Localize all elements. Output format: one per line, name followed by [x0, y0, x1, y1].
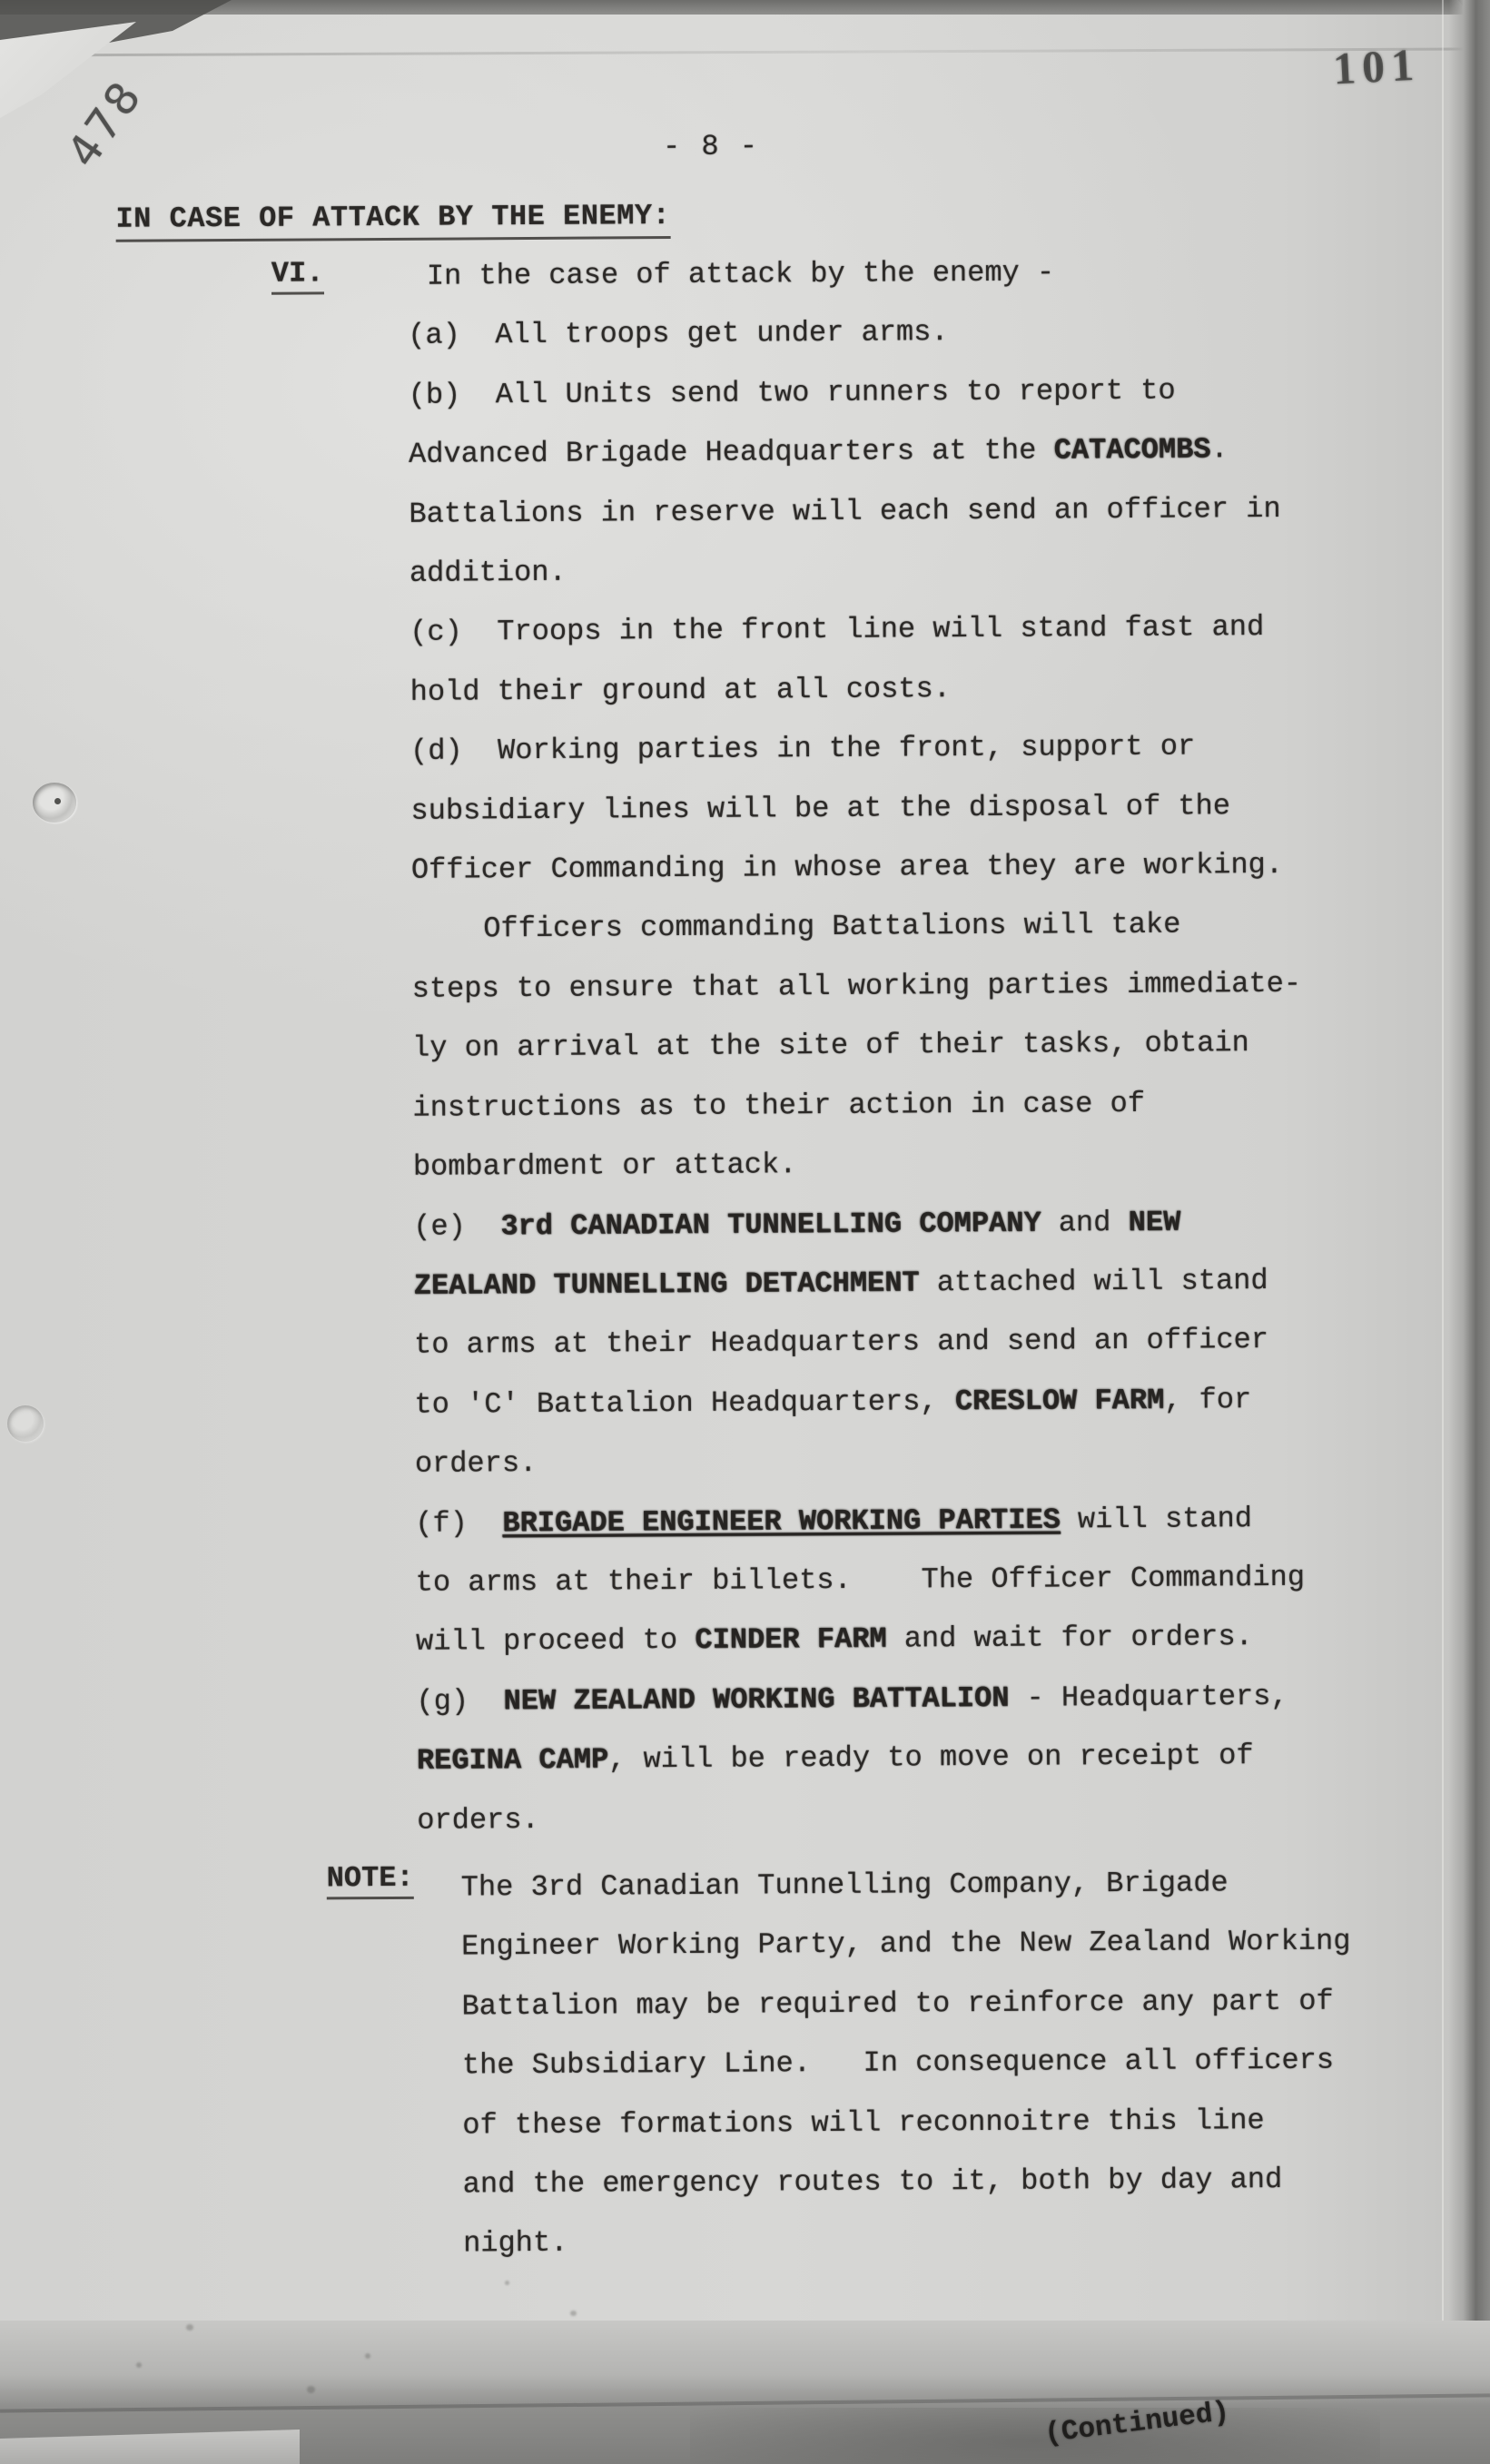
typed-line: to arms at their billets. The Officer Co…: [415, 1548, 1332, 1613]
typed-text: and: [1041, 1205, 1128, 1239]
place-name: CINDER FARM: [695, 1622, 886, 1657]
typed-line: of these formations will reconnoitre thi…: [462, 2090, 1370, 2155]
typed-line: ZEALAND TUNNELLING DETACHMENT attached w…: [413, 1251, 1330, 1316]
typed-text: will proceed to: [416, 1623, 695, 1659]
typed-line: Battalion may be required to reinforce a…: [461, 1971, 1369, 2036]
typed-text: (g): [416, 1684, 503, 1719]
typed-line: hold their ground at all costs.: [410, 656, 1327, 722]
typed-line: The 3rd Canadian Tunnelling Company, Bri…: [461, 1852, 1369, 1917]
typed-text: attached will stand: [919, 1264, 1268, 1299]
typed-line: Officers commanding Battalions will take: [483, 894, 1328, 959]
typed-text: to 'C' Battalion Headquarters,: [414, 1385, 955, 1422]
place-name: CATACOMBS: [1053, 433, 1210, 468]
typed-text: - Headquarters,: [1009, 1680, 1288, 1715]
unit-name: BRIGADE ENGINEER WORKING PARTIES: [502, 1503, 1061, 1540]
note-label: NOTE:: [327, 1862, 414, 1900]
typed-line: to arms at their Headquarters and send a…: [414, 1310, 1331, 1375]
typed-line: will proceed to CINDER FARM and wait for…: [416, 1607, 1333, 1672]
typed-text: (f): [415, 1506, 502, 1541]
typed-line: the Subsidiary Line. In consequence all …: [462, 2031, 1370, 2096]
typed-text: Advanced Brigade Headquarters at the: [409, 434, 1054, 471]
place-name: REGINA CAMP: [417, 1743, 608, 1778]
page-number: - 8 -: [663, 130, 759, 163]
typed-line: Battalions in reserve will each send an …: [409, 478, 1326, 544]
unit-name: ZEALAND TUNNELLING DETACHMENT: [414, 1266, 920, 1302]
place-name: CRESLOW FARM: [955, 1383, 1165, 1417]
typed-line: REGINA CAMP, will be ready to move on re…: [417, 1726, 1334, 1791]
scanned-document: 478 101 - 8 - IN CASE OF ATTACK BY THE E…: [0, 0, 1490, 2464]
typed-line: subsidiary lines will be at the disposal…: [410, 775, 1327, 841]
typed-line: Officer Commanding in whose area they ar…: [411, 835, 1328, 901]
typed-line: (c) Troops in the front line will stand …: [410, 597, 1327, 663]
typed-line: orders.: [415, 1429, 1332, 1494]
typed-line: and the emergency routes to it, both by …: [463, 2149, 1371, 2214]
unit-name: 3rd CANADIAN TUNNELLING COMPANY: [500, 1206, 1041, 1243]
typed-line: In the case of attack by the enemy -: [427, 241, 1325, 306]
typed-text: and wait for orders.: [886, 1621, 1252, 1656]
typed-text: .: [1210, 433, 1228, 467]
order-body: In the case of attack by the enemy - (a)…: [408, 241, 1335, 1850]
section-heading: IN CASE OF ATTACK BY THE ENEMY:: [115, 200, 670, 242]
typed-line: (b) All Units send two runners to report…: [409, 360, 1326, 425]
typed-line: night.: [463, 2209, 1371, 2274]
typed-line: to 'C' Battalion Headquarters, CRESLOW F…: [414, 1369, 1331, 1434]
typed-line: (e) 3rd CANADIAN TUNNELLING COMPANY and …: [413, 1191, 1330, 1257]
typed-line: Advanced Brigade Headquarters at the CAT…: [409, 419, 1326, 485]
typed-text: , will be ready to move on receipt of: [608, 1739, 1254, 1776]
typed-line: (a) All troops get under arms.: [408, 301, 1325, 366]
typed-line: (d) Working parties in the front, suppor…: [410, 716, 1327, 782]
typed-line: (f) BRIGADE ENGINEER WORKING PARTIES wil…: [415, 1488, 1332, 1553]
typed-line: steps to ensure that all working parties…: [412, 954, 1329, 1020]
typed-line: Engineer Working Party, and the New Zeal…: [461, 1912, 1369, 1977]
note-body: The 3rd Canadian Tunnelling Company, Bri…: [461, 1852, 1372, 2273]
typed-line: (g) NEW ZEALAND WORKING BATTALION - Head…: [416, 1666, 1333, 1731]
unit-name: NEW: [1128, 1205, 1180, 1238]
unit-name: NEW ZEALAND WORKING BATTALION: [503, 1681, 1009, 1718]
typed-text: , for: [1164, 1383, 1251, 1417]
typed-text: will stand: [1061, 1502, 1252, 1536]
typed-text-layer: - 8 - IN CASE OF ATTACK BY THE ENEMY: VI…: [0, 0, 1490, 2464]
section-number: VI.: [271, 257, 324, 295]
typed-text: (e): [413, 1209, 500, 1244]
typed-line: orders.: [417, 1785, 1334, 1850]
typed-line: instructions as to their action in case …: [412, 1072, 1329, 1138]
typed-line: addition.: [410, 538, 1327, 604]
typed-line: bombardment or attack.: [413, 1132, 1330, 1198]
typed-line: ly on arrival at the site of their tasks…: [412, 1013, 1329, 1079]
